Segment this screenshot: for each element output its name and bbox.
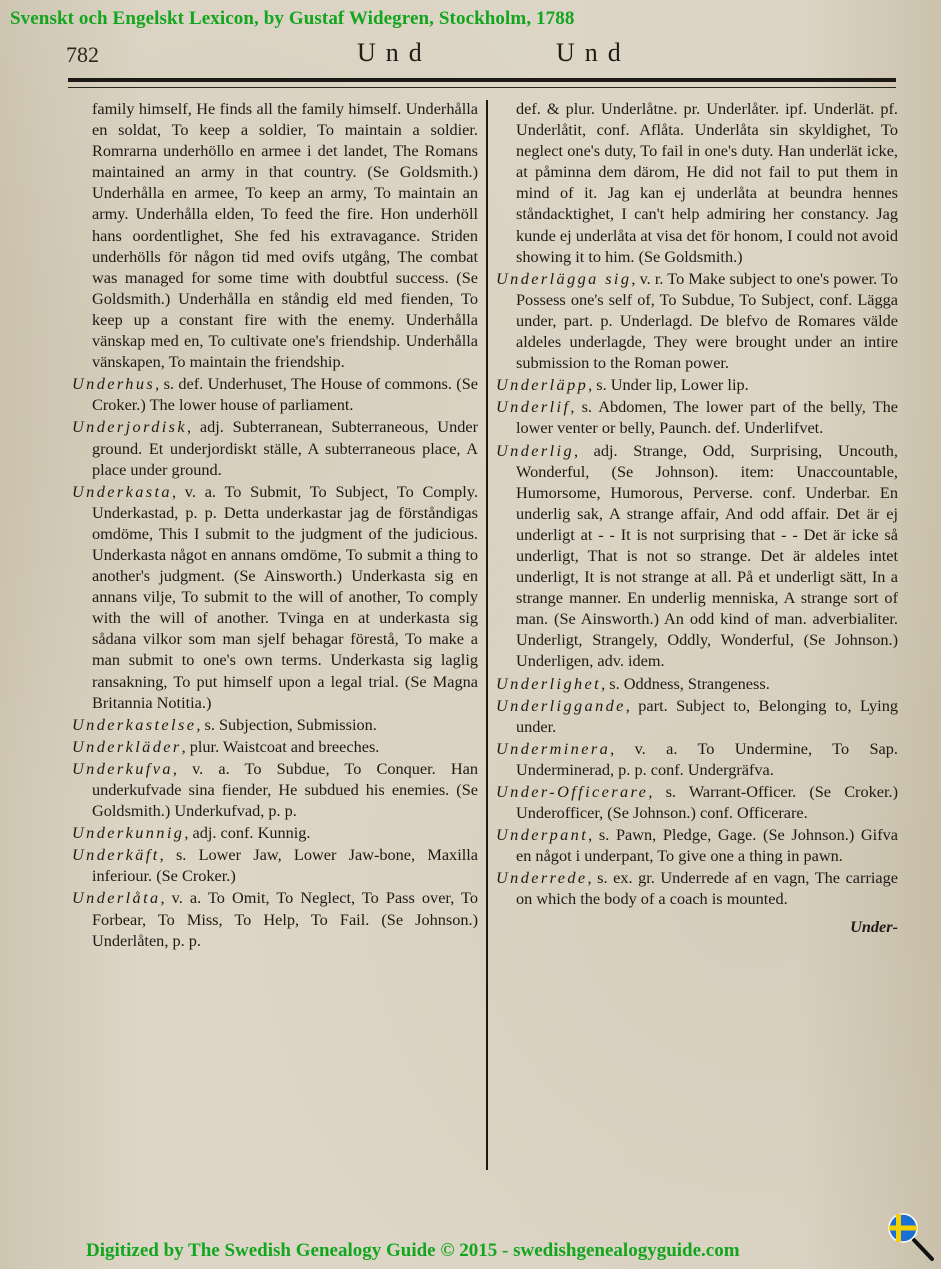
- entry-headword: Underkläder: [72, 737, 182, 756]
- entry-definition: , s. Oddness, Strangeness.: [601, 674, 770, 693]
- entry-definition: , adj. Strange, Odd, Surprising, Uncouth…: [516, 441, 898, 671]
- entry-headword: Underrede: [496, 868, 588, 887]
- dictionary-entry-continuation: def. & plur. Underlåtne. pr. Underlåter.…: [496, 98, 898, 267]
- entry-headword: Underlighet: [496, 674, 601, 693]
- entry-headword: Underhus: [72, 374, 155, 393]
- dictionary-entry: Underkastelse, s. Subjection, Submission…: [72, 714, 478, 735]
- entry-headword: Underkasta: [72, 482, 172, 501]
- swedish-flag-magnifier-icon: [886, 1212, 936, 1262]
- dictionary-entry: Underhus, s. def. Underhuset, The House …: [72, 373, 478, 415]
- header-rule-thin: [68, 87, 896, 88]
- dictionary-entry: Underlägga sig, v. r. To Make subject to…: [496, 268, 898, 373]
- entry-definition: , s. Under lip, Lower lip.: [588, 375, 749, 394]
- entry-definition: , v. a. To Submit, To Subject, To Comply…: [92, 482, 478, 712]
- entry-headword: Under-Officerare: [496, 782, 648, 801]
- entry-headword: Underkufva: [72, 759, 173, 778]
- entry-headword: Underjordisk: [72, 417, 187, 436]
- right-column: def. & plur. Underlåtne. pr. Underlåter.…: [496, 98, 898, 937]
- dictionary-entry: Underlif, s. Abdomen, The lower part of …: [496, 396, 898, 438]
- dictionary-entry: Underkasta, v. a. To Submit, To Subject,…: [72, 481, 478, 713]
- dictionary-entry: Underkäft, s. Lower Jaw, Lower Jaw-bone,…: [72, 844, 478, 886]
- entry-headword: Underkäft: [72, 845, 160, 864]
- dictionary-entry: Underminera, v. a. To Undermine, To Sap.…: [496, 738, 898, 780]
- dictionary-entry: Underlighet, s. Oddness, Strangeness.: [496, 673, 898, 694]
- running-head-left: Und: [357, 38, 432, 68]
- dictionary-entry-continuation: family himself, He finds all the family …: [72, 98, 478, 372]
- digitization-banner-title: Svenskt och Engelskt Lexicon, by Gustaf …: [10, 8, 574, 30]
- entry-headword: Underlif: [496, 397, 570, 416]
- column-divider: [486, 100, 488, 1170]
- dictionary-entry: Underrede, s. ex. gr. Underrede af en va…: [496, 867, 898, 909]
- entry-headword: Underpant: [496, 825, 588, 844]
- dictionary-entry: Underpant, s. Pawn, Pledge, Gage. (Se Jo…: [496, 824, 898, 866]
- dictionary-entry: Underjordisk, adj. Subterranean, Subterr…: [72, 416, 478, 479]
- entry-definition: , adj. conf. Kunnig.: [184, 823, 310, 842]
- dictionary-entry: Underkunnig, adj. conf. Kunnig.: [72, 822, 478, 843]
- entry-headword: Underlig: [496, 441, 574, 460]
- digitization-credit: Digitized by The Swedish Genealogy Guide…: [86, 1240, 740, 1262]
- entry-headword: Underkastelse: [72, 715, 196, 734]
- entry-definition: , plur. Waistcoat and breeches.: [182, 737, 380, 756]
- dictionary-entry: Underliggande, part. Subject to, Belongi…: [496, 695, 898, 737]
- dictionary-entry: Underläpp, s. Under lip, Lower lip.: [496, 374, 898, 395]
- page-number: 782: [66, 42, 99, 68]
- dictionary-entry: Underlåta, v. a. To Omit, To Neglect, To…: [72, 887, 478, 950]
- entry-headword: Underkunnig: [72, 823, 184, 842]
- header-rule: [68, 78, 896, 82]
- dictionary-entry: Underkläder, plur. Waistcoat and breeche…: [72, 736, 478, 757]
- entry-headword: Underläpp: [496, 375, 588, 394]
- entry-definition: , s. Abdomen, The lower part of the bell…: [516, 397, 898, 437]
- entry-definition: , s. Subjection, Submission.: [196, 715, 376, 734]
- entry-headword: Underliggande: [496, 696, 626, 715]
- dictionary-entry: Underlig, adj. Strange, Odd, Surprising,…: [496, 440, 898, 672]
- left-column: family himself, He finds all the family …: [72, 98, 478, 952]
- dictionary-entry: Under-Officerare, s. Warrant-Officer. (S…: [496, 781, 898, 823]
- entry-headword: Underminera: [496, 739, 610, 758]
- entry-headword: Underlåta: [72, 888, 161, 907]
- dictionary-entry: Underkufva, v. a. To Subdue, To Conquer.…: [72, 758, 478, 821]
- entry-headword: Underlägga sig: [496, 269, 631, 288]
- running-head-right: Und: [556, 38, 631, 68]
- catchword: Under-: [496, 916, 898, 937]
